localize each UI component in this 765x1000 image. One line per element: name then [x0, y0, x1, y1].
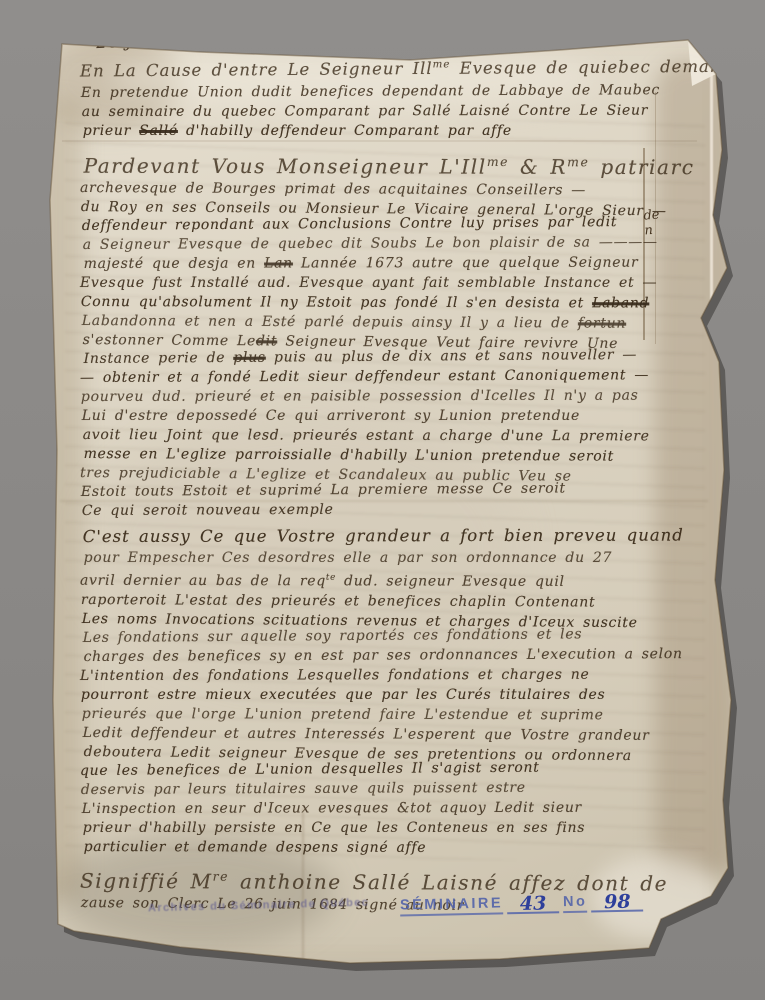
- manuscript-line: Pardevant Vous Monseigneur L'Illme & Rme…: [84, 147, 704, 181]
- manuscript-line: Ledit deffendeur et autres Interessés L'…: [83, 724, 703, 746]
- text-segment: avril dernier au bas de la req: [80, 573, 326, 590]
- struck-word: plus: [233, 350, 266, 366]
- text-segment: que les benefices de L'union desquelles …: [80, 759, 540, 778]
- text-segment: me: [433, 59, 451, 70]
- paragraph: Pardevant Vous Monseigneur L'Illme & Rme…: [80, 147, 700, 522]
- text-segment: charges des benefices sy en est par ses …: [84, 646, 683, 665]
- manuscript-paper: 26 juin 1684 + En La Cause d'entre Le Se…: [0, 0, 765, 1000]
- manuscript-line: L'inspection en seur d'Iceux evesques &t…: [82, 798, 702, 819]
- text-segment: L'intention des fondations Lesquelles fo…: [80, 667, 589, 684]
- text-segment: Les fondations sur aquelle soy raportés …: [83, 626, 583, 646]
- text-segment: C'est aussy Ce que Vostre grandeur a for…: [83, 526, 684, 546]
- text-segment: archevesque de Bourges primat des acquit…: [80, 180, 586, 198]
- manuscript-line: avril dernier au bas de la reqte dud. se…: [80, 568, 700, 592]
- struck-word: Laband: [592, 295, 649, 311]
- seminaire-stamp-no-label: No: [563, 894, 588, 914]
- manuscript-line: En pretendue Union dudit benefices depen…: [81, 80, 701, 102]
- manuscript-line: charges des benefices sy en est par ses …: [84, 645, 704, 667]
- manuscript-line: Evesque fust Installé aud. Evesque ayant…: [80, 274, 700, 293]
- text-segment: d'habilly deffendeur Comparant par affe: [178, 123, 512, 139]
- text-segment: Evesque fust Installé aud. Evesque ayant…: [80, 275, 657, 291]
- text-segment: Lannée 1673 autre que quelque Seigneur: [293, 255, 638, 272]
- manuscript-line: deservis par leurs titulaires sauve quil…: [81, 778, 701, 800]
- manuscript-line: prieur Sallé d'habilly deffendeur Compar…: [83, 122, 703, 141]
- text-segment: Lui d'estre depossedé Ce qui arriveront …: [82, 408, 580, 424]
- manuscript-line: C'est aussy Ce que Vostre grandeur a for…: [83, 524, 703, 550]
- manuscript-line: raporteroit L'estat des prieurés et bene…: [81, 591, 701, 613]
- text-segment: prieur d'habilly persiste en Ce que les …: [83, 820, 585, 836]
- manuscript-line: prieurés que l'orge L'union pretend fair…: [82, 705, 702, 726]
- text-segment: Ce qui seroit nouveau exemple: [82, 502, 334, 519]
- paragraph: C'est aussy Ce que Vostre grandeur a for…: [80, 525, 700, 857]
- struck-word: Sallé: [139, 123, 178, 139]
- text-segment: particulier et demande despens signé aff…: [84, 839, 427, 856]
- manuscript-line: pourront estre mieux executées que par l…: [81, 686, 701, 705]
- manuscript-photo: 26 juin 1684 + En La Cause d'entre Le Se…: [0, 0, 765, 1000]
- stamp-handwritten-number-1: 43: [520, 892, 547, 915]
- manuscript-line: pourveu dud. prieuré et en paisible poss…: [81, 387, 701, 408]
- text-segment: patriarc: [589, 154, 694, 178]
- seminaire-stamp: SÉMINAIRE 43 No 98: [400, 890, 644, 916]
- stamp-handwritten-number-2: 98: [604, 891, 631, 914]
- struck-word: Lan: [264, 256, 293, 272]
- manuscript-text: En La Cause d'entre Le Seigneur Illme Ev…: [80, 56, 700, 913]
- text-segment: Labandonna et nen a Esté parlé depuis ai…: [82, 313, 578, 331]
- manuscript-line: Ce qui seroit nouveau exemple: [82, 499, 702, 521]
- text-segment: me: [487, 153, 509, 168]
- text-segment: dud. seigneur Evesque quil: [336, 573, 565, 590]
- text-segment: Instance perie de: [84, 350, 234, 367]
- text-segment: raporteroit L'estat des prieurés et bene…: [81, 592, 595, 611]
- text-segment: — obtenir et a fondé Ledit sieur deffend…: [80, 367, 649, 386]
- text-segment: Estoit touts Estoit et suprimé La premie…: [81, 481, 566, 501]
- text-segment: prieurés que l'orge L'union pretend fair…: [82, 706, 604, 723]
- manuscript-line: Connu qu'absolument Il ny Estoit pas fon…: [81, 293, 701, 314]
- text-segment: re: [213, 868, 230, 883]
- text-segment: En pretendue Union dudit benefices depen…: [81, 82, 660, 101]
- manuscript-line: au seminaire du quebec Comparant par Sal…: [82, 101, 702, 122]
- text-segment: majesté que desja en: [84, 256, 265, 272]
- paragraph: En La Cause d'entre Le Seigneur Illme Ev…: [80, 56, 700, 141]
- text-segment: a Seigneur Evesque de quebec dit Soubs L…: [83, 234, 658, 253]
- manuscript-line: a Seigneur Evesque de quebec dit Soubs L…: [83, 233, 703, 255]
- text-segment: puis au plus de dix ans et sans nouvelle…: [266, 347, 637, 366]
- text-segment: au seminaire du quebec Comparant par Sal…: [82, 102, 648, 119]
- text-segment: L'inspection en seur d'Iceux evesques &t…: [82, 800, 582, 817]
- seminaire-stamp-label: SÉMINAIRE: [400, 895, 503, 916]
- text-segment: s'estonner Comme Le: [83, 332, 256, 349]
- manuscript-line: Lui d'estre depossedé Ce qui arriveront …: [82, 407, 702, 426]
- text-segment: avoit lieu Joint que lesd. prieurés esta…: [83, 427, 650, 444]
- text-segment: pourront estre mieux executées que par l…: [81, 687, 606, 703]
- text-segment: & R: [509, 154, 567, 178]
- manuscript-line: pour Empescher Ces desordres elle a par …: [84, 549, 704, 568]
- manuscript-line: — obtenir et a fondé Ledit sieur deffend…: [80, 366, 700, 388]
- text-segment: te: [326, 573, 336, 583]
- text-segment: pour Empescher Ces desordres elle a par …: [84, 550, 613, 566]
- text-segment: Evesque de quiebec demandeur: [450, 56, 764, 77]
- text-segment: prieur: [83, 123, 139, 139]
- manuscript-line: prieur d'habilly persiste en Ce que les …: [83, 819, 703, 838]
- manuscript-line: avoit lieu Joint que lesd. prieurés esta…: [83, 426, 703, 447]
- manuscript-line: L'intention des fondations Lesquelles fo…: [80, 665, 700, 686]
- text-segment: deffendeur repondant aux Conclusions Con…: [82, 214, 618, 234]
- manuscript-line: majesté que desja en Lan Lannée 1673 aut…: [84, 254, 704, 275]
- margin-note: de n: [643, 207, 661, 238]
- struck-word: dit: [256, 333, 277, 349]
- manuscript-line: En La Cause d'entre Le Seigneur Illme Ev…: [80, 51, 700, 83]
- text-segment: Signiffié M: [80, 868, 213, 893]
- text-segment: Ledit deffendeur et autres Interessés L'…: [83, 725, 650, 744]
- text-segment: deservis par leurs titulaires sauve quil…: [81, 780, 526, 798]
- manuscript-line: Les fondations sur aquelle soy raportés …: [83, 624, 703, 648]
- text-segment: pourveu dud. prieuré et en paisible poss…: [81, 388, 639, 405]
- date-header: 26 juin 1684: [96, 27, 217, 53]
- struck-word: fortun: [578, 316, 626, 332]
- text-segment: Connu qu'absolument Il ny Estoit pas fon…: [81, 294, 592, 311]
- text-segment: Pardevant Vous Monseigneur L'Ill: [84, 153, 487, 178]
- manuscript-line: que les benefices de L'union desquelles …: [80, 757, 700, 781]
- text-segment: messe en L'eglize parroissialle d'habill…: [84, 446, 614, 465]
- text-segment: En La Cause d'entre Le Seigneur Ill: [80, 59, 433, 81]
- manuscript-line: particulier et demande despens signé aff…: [84, 838, 704, 859]
- margin-note-line: n: [644, 222, 661, 238]
- margin-note-line: de: [643, 207, 660, 223]
- text-segment: me: [567, 154, 589, 169]
